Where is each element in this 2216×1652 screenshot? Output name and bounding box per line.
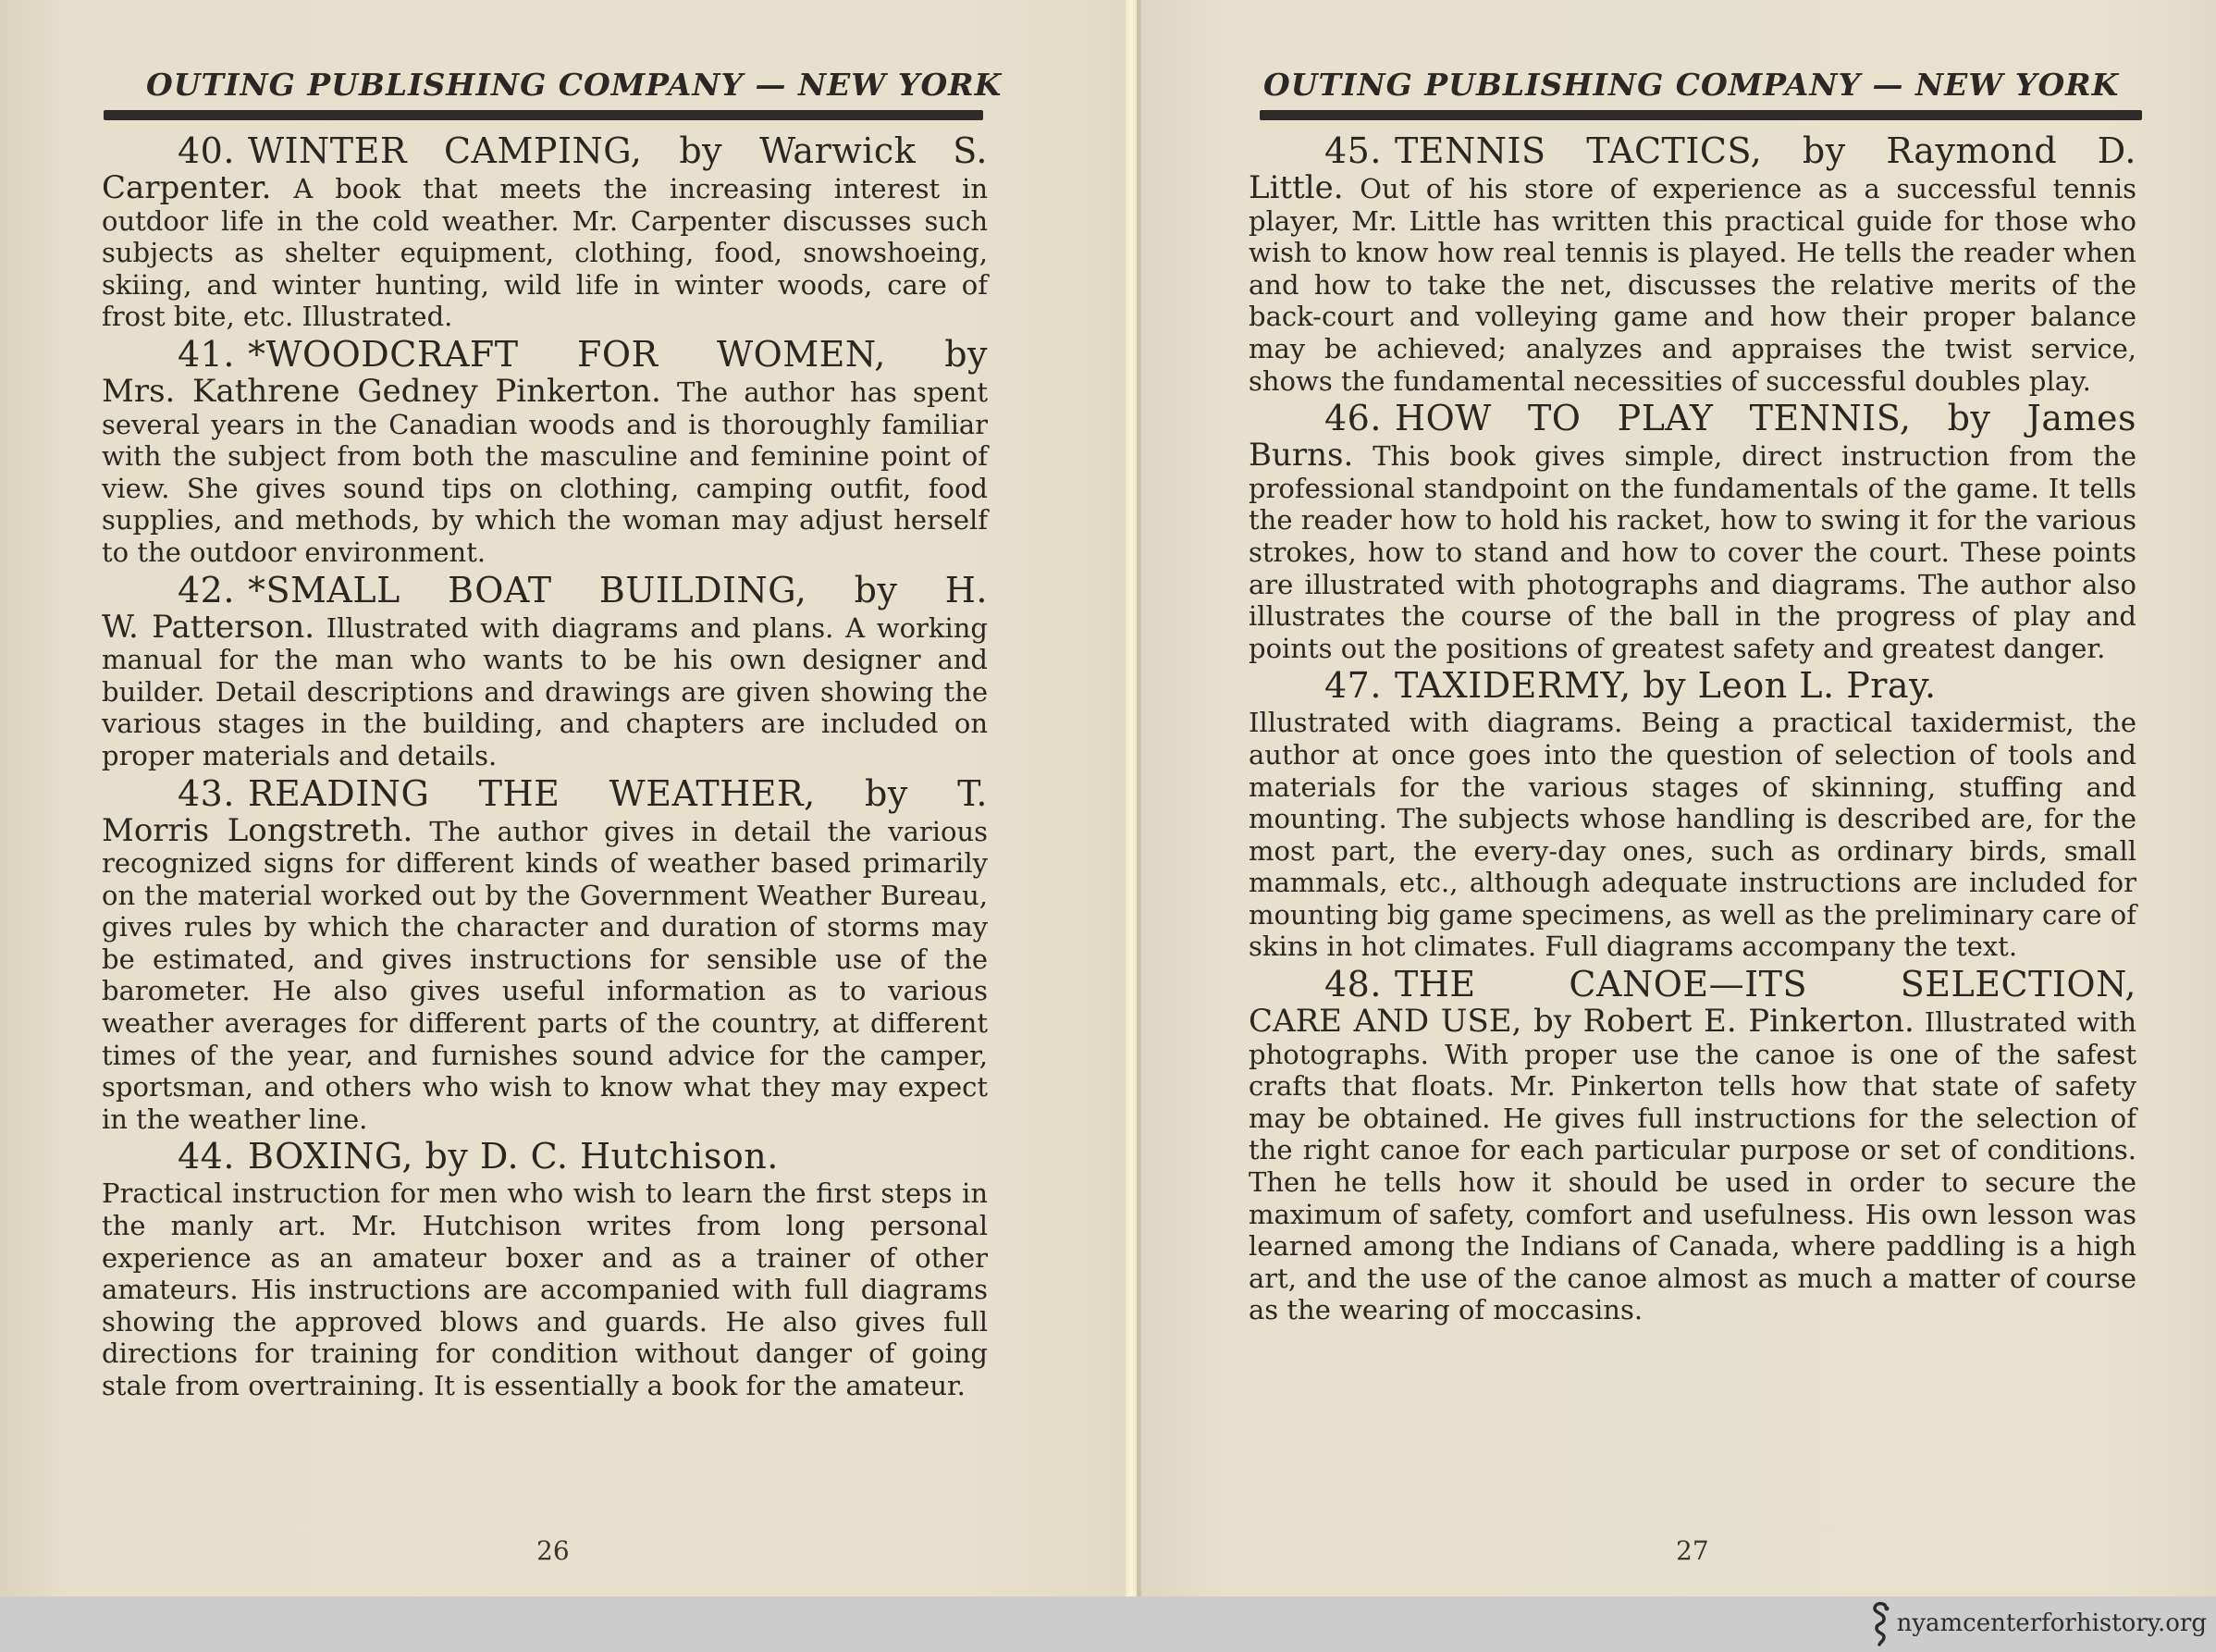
entry-number: 46. [1324,398,1382,438]
entry-description: Practical instruction for men who wish t… [102,1177,988,1401]
entry-heading: 44.BOXING, by D. C. Hutchison. [102,1135,988,1177]
entry-41: 41.*WOODCRAFT FOR WOMEN, by Mrs. Kathren… [102,333,988,569]
entry-number: 47. [1324,665,1382,706]
entry-heading: 42.*SMALL BOAT BUILDING, by H. [102,569,988,611]
entry-author: Carpenter. [102,169,271,206]
entry-title: *SMALL BOAT BUILDING, by H. [248,570,988,610]
entry-heading: 41.*WOODCRAFT FOR WOMEN, by [102,333,988,376]
header-rule [1260,110,2142,120]
gutter [1126,0,1137,1597]
entry-48: 48.THE CANOE—ITS SELECTION, CARE AND USE… [1249,963,2136,1326]
entry-heading: 40.WINTER CAMPING, by Warwick S. [102,129,988,172]
entry-title: HOW TO PLAY TENNIS, by James [1395,398,2136,438]
entry-title: *WOODCRAFT FOR WOMEN, by [248,334,988,375]
entry-author: Morris Longstreth. [102,812,412,849]
credit-text: nyamcenterforhistory.org [1897,1609,2207,1637]
entry-title: READING THE WEATHER, by T. [248,773,988,814]
page-number: 27 [1676,1535,1709,1566]
snake-staff-icon [1871,1600,1891,1646]
credit-link[interactable]: nyamcenterforhistory.org [1871,1600,2207,1646]
right-page-text: 45.TENNIS TACTICS, by Raymond D. Little.… [1249,129,2136,1326]
entry-description: Out of his store of experience as a succ… [1249,173,2136,397]
entry-45: 45.TENNIS TACTICS, by Raymond D. Little.… [1249,129,2136,397]
entry-46: 46.HOW TO PLAY TENNIS, by James Burns. T… [1249,397,2136,664]
entry-author: Burns. [1249,437,1353,474]
entry-title: WINTER CAMPING, by Warwick S. [248,130,988,171]
right-page: OUTING PUBLISHING COMPANY — NEW YORK 45.… [1141,0,2216,1597]
entry-number: 45. [1324,130,1382,171]
entry-43: 43.READING THE WEATHER, by T. Morris Lon… [102,772,988,1136]
entry-heading: 48.THE CANOE—ITS SELECTION, [1249,963,2136,1005]
entry-title: TAXIDERMY, by Leon L. Pray. [1395,665,1937,706]
entry-description: The author gives in detail the various r… [102,816,988,1135]
entry-number: 44. [178,1136,235,1177]
entry-title: BOXING, by D. C. Hutchison. [248,1136,779,1177]
entry-author: W. Patterson. [102,609,314,646]
header-rule [104,110,983,120]
running-head: OUTING PUBLISHING COMPANY — NEW YORK [1263,67,2119,103]
entry-author: Little. [1249,169,1344,206]
entry-heading: 46.HOW TO PLAY TENNIS, by James [1249,397,2136,439]
left-page: OUTING PUBLISHING COMPANY — NEW YORK 40.… [0,0,1126,1597]
entry-heading: 47.TAXIDERMY, by Leon L. Pray. [1249,664,2136,707]
entry-number: 41. [178,334,235,375]
left-page-text: 40.WINTER CAMPING, by Warwick S. Carpent… [102,129,988,1402]
entry-number: 40. [178,130,235,171]
entry-title: THE CANOE—ITS SELECTION, [1395,964,2136,1005]
entry-description: Illustrated with diagrams. Being a pract… [1249,707,2136,962]
entry-description: This book gives simple, direct instructi… [1249,440,2136,664]
entry-42: 42.*SMALL BOAT BUILDING, by H. W. Patter… [102,569,988,772]
running-head: OUTING PUBLISHING COMPANY — NEW YORK [146,67,1002,103]
entry-heading: 43.READING THE WEATHER, by T. [102,772,988,815]
entry-author: Mrs. Kathrene Gedney Pinkerton. [102,373,661,410]
book-spread: OUTING PUBLISHING COMPANY — NEW YORK 40.… [0,0,2216,1597]
page-number: 26 [536,1535,570,1566]
entry-author: CARE AND USE, by Robert E. Pinkerton. [1249,1003,1914,1040]
entry-description: Illustrated with photographs. With prope… [1249,1006,2136,1325]
entry-heading: 45.TENNIS TACTICS, by Raymond D. [1249,129,2136,172]
entry-47: 47.TAXIDERMY, by Leon L. Pray. Illustrat… [1249,664,2136,963]
entry-40: 40.WINTER CAMPING, by Warwick S. Carpent… [102,129,988,333]
entry-number: 48. [1324,964,1382,1005]
entry-title: TENNIS TACTICS, by Raymond D. [1395,130,2136,171]
entry-number: 42. [178,570,235,610]
entry-number: 43. [178,773,235,814]
entry-44: 44.BOXING, by D. C. Hutchison. Practical… [102,1135,988,1401]
